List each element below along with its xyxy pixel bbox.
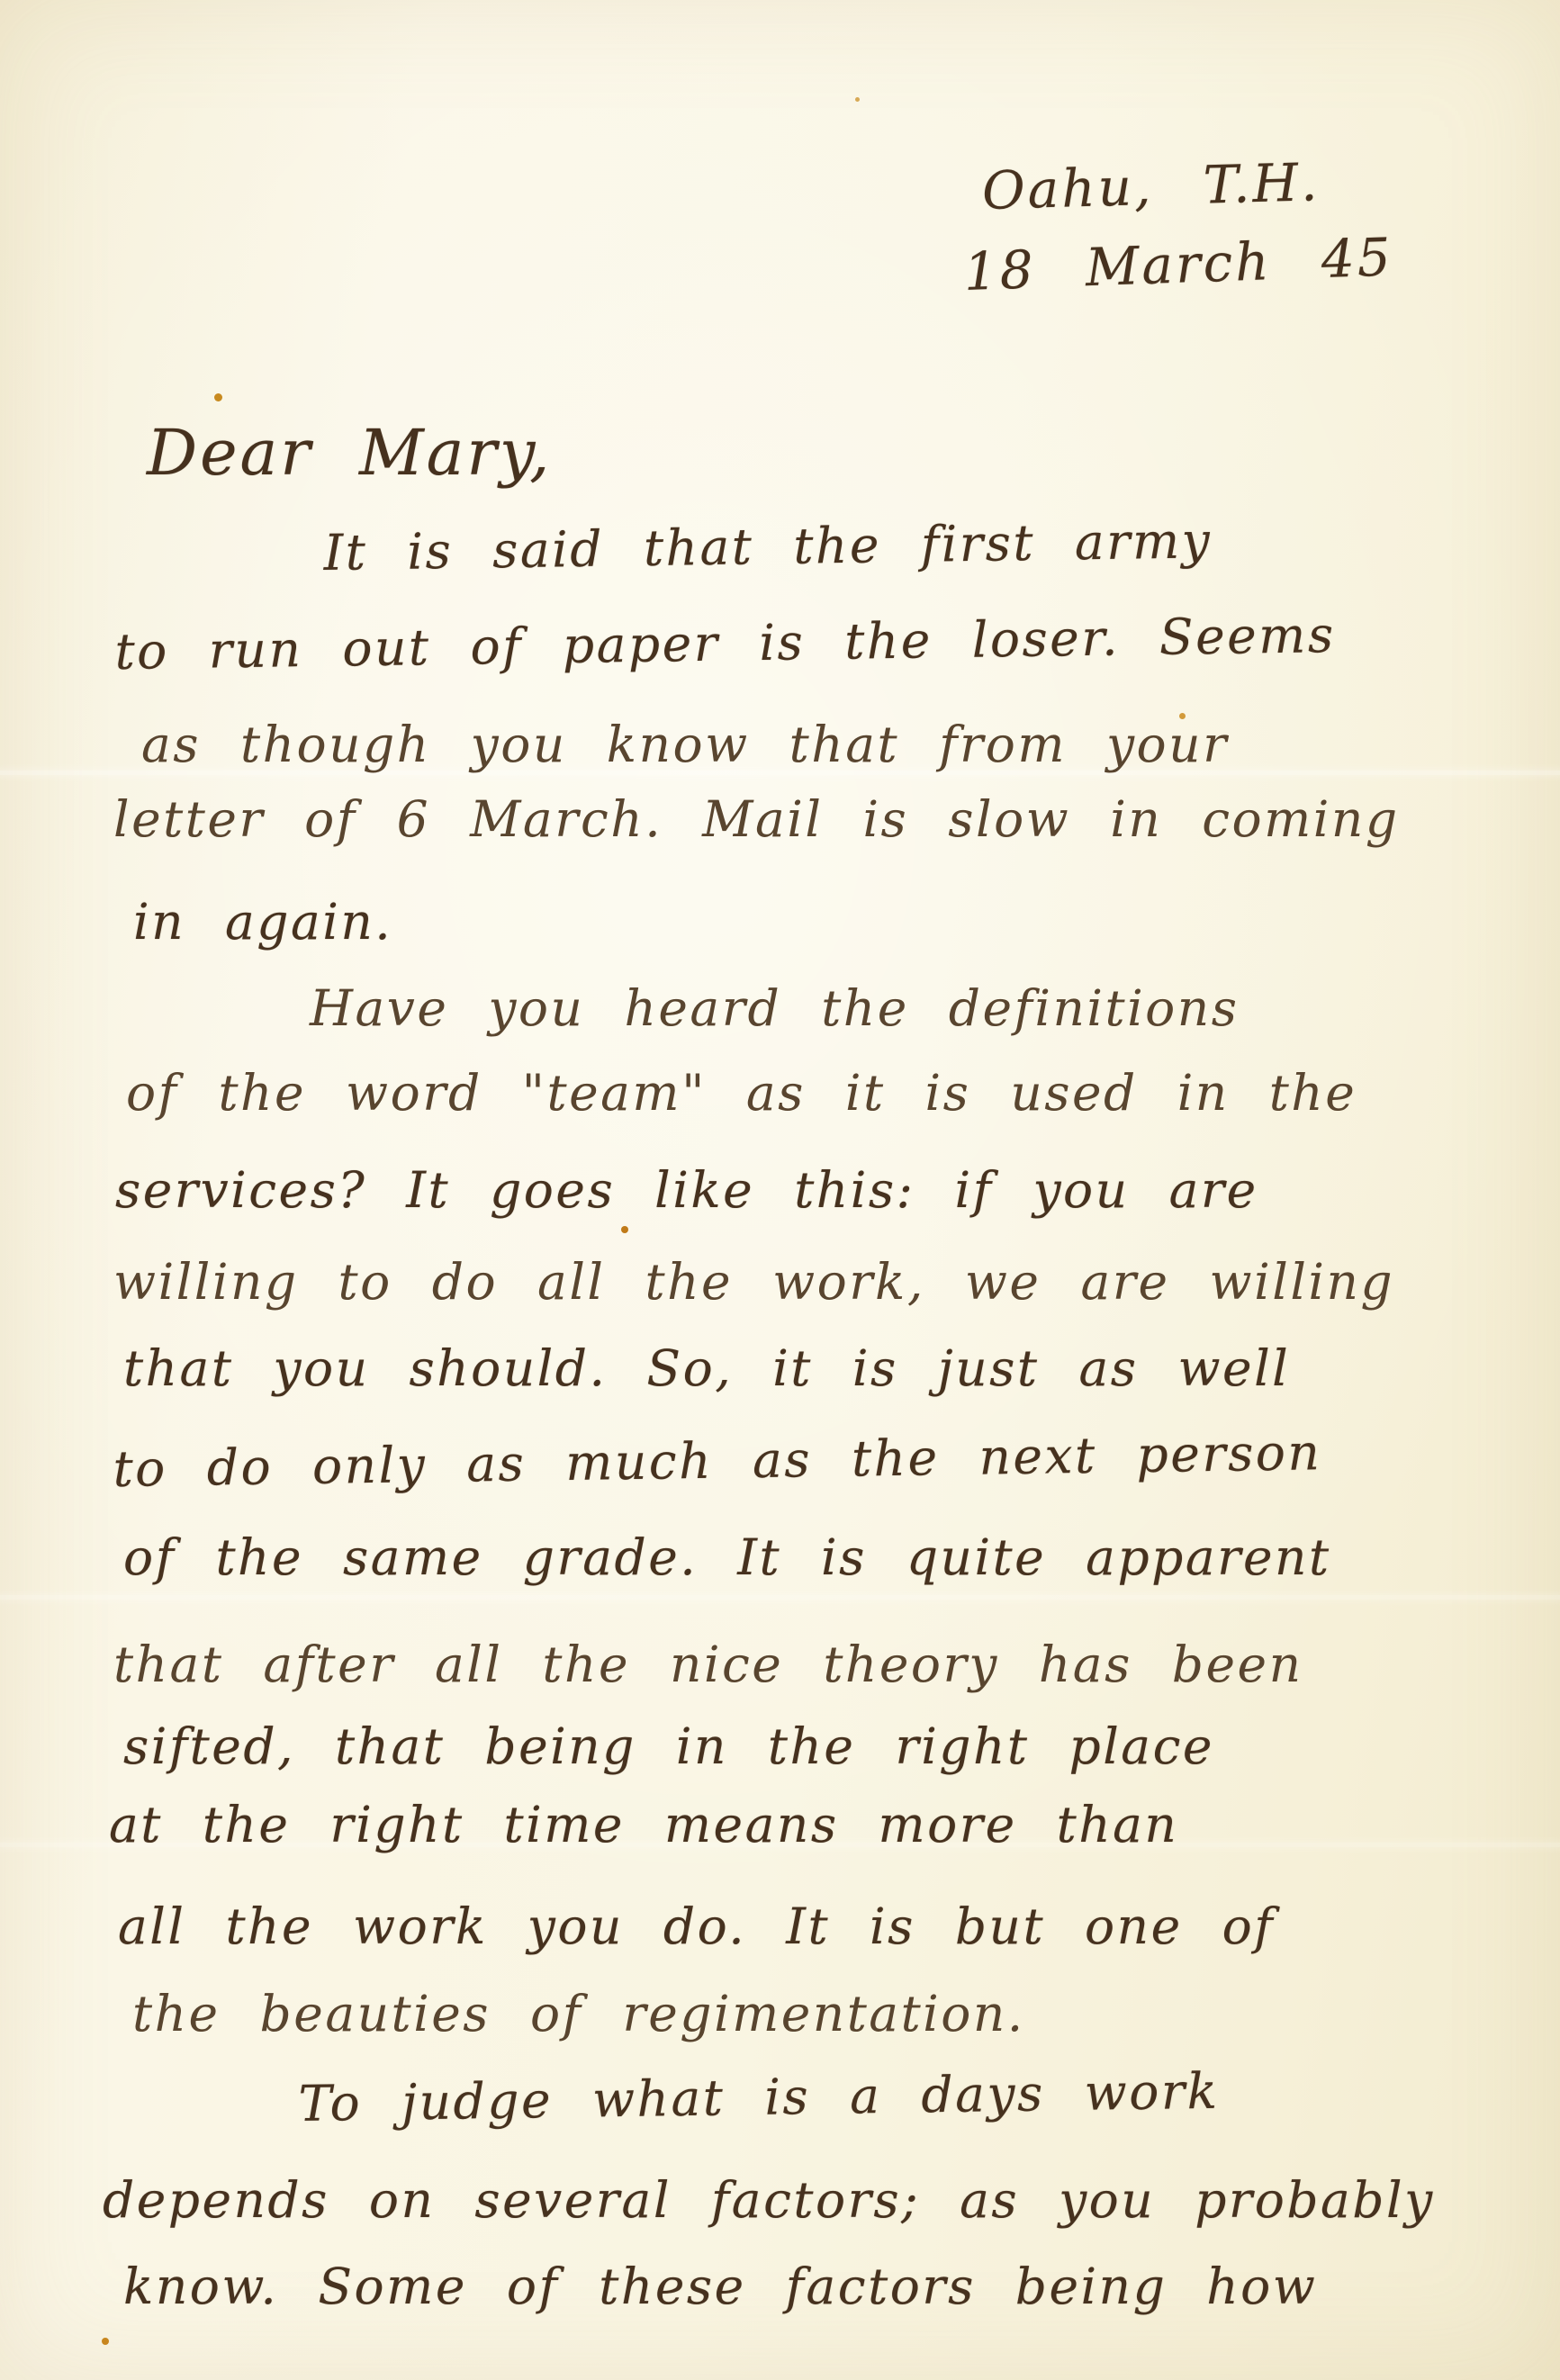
letter-line: know. Some of these factors being how [123, 2258, 1317, 2315]
letter-line: the beauties of regimentation. [132, 1985, 1025, 2042]
heading-date: 18 March 45 [963, 226, 1394, 302]
letter-line: of the same grade. It is quite apparent [123, 1528, 1331, 1586]
letter-line: Have you heard the definitions [310, 979, 1239, 1037]
letter-line: to run out of paper is the loser. Seems [114, 606, 1336, 681]
letter-line: services? It goes like this: if you are [115, 1161, 1258, 1219]
letter-page: Oahu, T.H. 18 March 45 Dear Mary, It is … [0, 0, 1560, 2380]
paper-speck [855, 97, 860, 102]
letter-line: at the right time means more than [109, 1796, 1178, 1853]
letter-line: willing to do all the work, we are willi… [113, 1253, 1394, 1311]
letter-line: To judge what is a days work [298, 2062, 1220, 2132]
salutation: Dear Mary, [147, 416, 552, 490]
letter-line: that after all the nice theory has been [113, 1636, 1303, 1693]
letter-line: It is said that the first army [323, 511, 1213, 581]
letter-line: to do only as much as the next person [113, 1423, 1322, 1498]
letter-line: that you should. So, it is just as well [123, 1339, 1290, 1397]
letter-line: all the work you do. It is but one of [118, 1898, 1275, 1955]
letter-line: of the word "team" as it is used in the [126, 1064, 1357, 1122]
paper-crease [0, 1595, 1560, 1600]
letter-line: in again. [133, 893, 392, 951]
paper-speck [621, 1226, 628, 1233]
letter-line: sifted, that being in the right place [123, 1717, 1214, 1775]
paper-speck [214, 393, 222, 401]
letter-line: as though you know that from your [141, 716, 1229, 773]
paper-speck [102, 2338, 109, 2345]
letter-line: depends on several factors; as you proba… [103, 2171, 1435, 2229]
letter-line: letter of 6 March. Mail is slow in comin… [113, 790, 1400, 848]
heading-location: Oahu, T.H. [981, 151, 1321, 221]
